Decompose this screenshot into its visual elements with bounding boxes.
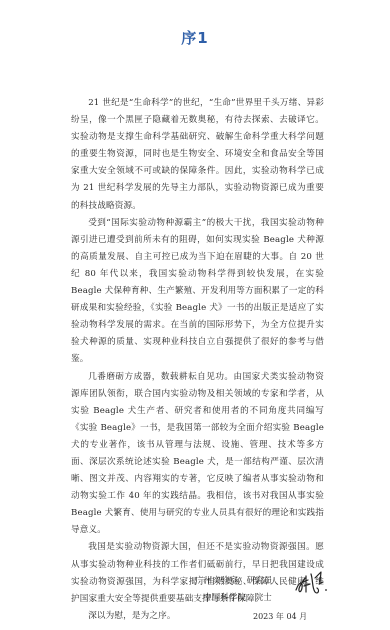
- handwritten-signature-icon: [293, 568, 331, 600]
- signature-affiliation-1: 广州实验室 研究员: [195, 574, 272, 586]
- signature-date: 2023 年 04 月: [253, 611, 307, 622]
- signature-block: 广州实验室 研究员 中国科学院 院士 2023 年 04 月: [195, 574, 335, 624]
- paragraph-2: 受到“国际实验动物种源霸主”的极大干扰，我国实验动物种源引进已遭受到前所未有的阻…: [71, 215, 324, 369]
- signature-affiliation-2: 中国科学院 院士: [203, 591, 272, 603]
- paragraph-1: 21 世纪是“生命科学”的世纪，“生命”世界里千头万绪、异彩纷呈，像一个黑匣子隐…: [71, 95, 324, 215]
- preface-body: 21 世纪是“生命科学”的世纪，“生命”世界里千头万绪、异彩纷呈，像一个黑匣子隐…: [71, 95, 324, 625]
- preface-title: 序1: [0, 27, 390, 48]
- paragraph-3: 几番磨砺方成器，数载耕耘自见功。由国家犬类实验动物资源库团队领衔，联合国内实验动…: [71, 369, 324, 540]
